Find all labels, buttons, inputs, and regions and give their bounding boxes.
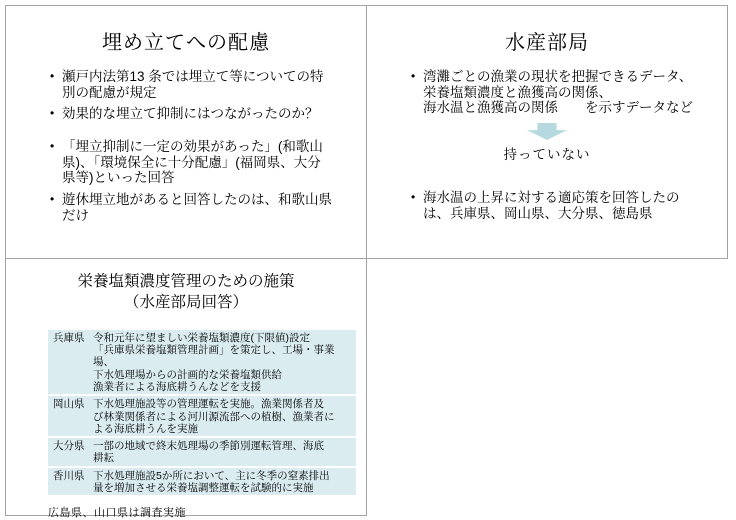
measure-row: 香川県 下水処理施設5か所において、主に冬季の窒素排出 量を増加させる栄養塩調整… — [48, 468, 356, 496]
bullet-icon: • — [50, 192, 62, 223]
bullet-text: 瀬戸内法第13 条では埋立て等についての特 別の配慮が規定 — [62, 69, 324, 100]
slide-nutrient-title: 栄養塩類濃度管理のための施策 （水産部局回答） — [12, 272, 360, 314]
slide-fisheries-title: 水産部局 — [373, 32, 721, 54]
bullet-text: 効果的な埋立て抑制にはつながったのか？ — [62, 106, 319, 122]
handout-page: 埋め立てへの配慮 • 瀬戸内法第13 条では埋立て等についての特 別の配慮が規定… — [0, 0, 736, 520]
bullet-text: 遊休埋立地があると回答したのは、和歌山県 だけ — [62, 192, 332, 223]
measure-row: 大分県 一部の地域で終末処理場の季節別運転管理、海底 耕耘 — [48, 438, 356, 466]
bullet-text: 「埋立抑制に一定の効果があった」(和歌山 県)、「環境保全に十分配慮」(福岡県、… — [62, 139, 323, 186]
bullet-icon: • — [50, 69, 62, 100]
slide-reclamation-title: 埋め立てへの配慮 — [12, 32, 360, 54]
slide-nutrient-measures: 栄養塩類濃度管理のための施策 （水産部局回答） 兵庫県 令和元年に望ましい栄養塩… — [5, 258, 367, 516]
survey-footer-note: 広島県、山口県は調査実施 — [48, 504, 366, 520]
down-arrow-icon — [527, 123, 567, 140]
bullet-item: • 湾灘ごとの漁業の現状を把握できるデータ、 栄養塩類濃度と漁獲高の関係、 海水… — [411, 69, 715, 116]
measure-text: 下水処理施設等の管理運転を実施。漁業関係者及 び林業関係者による河川源流部への植… — [93, 398, 356, 435]
measure-table: 兵庫県 令和元年に望ましい栄養塩類濃度(下限値)設定 「兵庫県栄養塩類管理計画」… — [48, 330, 356, 495]
measure-text: 下水処理施設5か所において、主に冬季の窒素排出 量を増加させる栄養塩調整運転を試… — [93, 470, 356, 495]
prefecture-label: 岡山県 — [48, 398, 93, 435]
prefecture-label: 香川県 — [48, 470, 93, 495]
slide-nutrient-title-line2: （水産部局回答） — [12, 293, 360, 314]
slide-fisheries: 水産部局 • 湾灘ごとの漁業の現状を把握できるデータ、 栄養塩類濃度と漁獲高の関… — [366, 5, 728, 259]
reclamation-bullet-list: • 瀬戸内法第13 条では埋立て等についての特 別の配慮が規定 • 効果的な埋立… — [50, 69, 354, 223]
fisheries-bullet-list-2: • 海水温の上昇に対する適応策を回答したの は、兵庫県、岡山県、大分県、徳島県 — [411, 190, 715, 221]
bullet-icon: • — [50, 139, 62, 186]
conclusion-label: 持っていない — [367, 143, 727, 163]
measure-text: 一部の地域で終末処理場の季節別運転管理、海底 耕耘 — [93, 440, 356, 465]
bullet-item: • 海水温の上昇に対する適応策を回答したの は、兵庫県、岡山県、大分県、徳島県 — [411, 190, 715, 221]
bullet-item: • 遊休埋立地があると回答したのは、和歌山県 だけ — [50, 192, 354, 223]
bullet-item: • 効果的な埋立て抑制にはつながったのか？ — [50, 106, 354, 122]
bullet-icon: • — [50, 106, 62, 122]
measure-row: 岡山県 下水処理施設等の管理運転を実施。漁業関係者及 び林業関係者による河川源流… — [48, 396, 356, 436]
measure-text: 令和元年に望ましい栄養塩類濃度(下限値)設定 「兵庫県栄養塩類管理計画」を策定し… — [93, 332, 356, 393]
prefecture-label: 兵庫県 — [48, 332, 93, 393]
fisheries-bullet-list: • 湾灘ごとの漁業の現状を把握できるデータ、 栄養塩類濃度と漁獲高の関係、 海水… — [411, 69, 715, 116]
bullet-text: 湾灘ごとの漁業の現状を把握できるデータ、 栄養塩類濃度と漁獲高の関係、 海水温と… — [423, 69, 693, 116]
prefecture-label: 大分県 — [48, 440, 93, 465]
measure-row: 兵庫県 令和元年に望ましい栄養塩類濃度(下限値)設定 「兵庫県栄養塩類管理計画」… — [48, 330, 356, 394]
bullet-item: • 瀬戸内法第13 条では埋立て等についての特 別の配慮が規定 — [50, 69, 354, 100]
bullet-icon: • — [411, 69, 423, 116]
slide-nutrient-title-line1: 栄養塩類濃度管理のための施策 — [12, 272, 360, 293]
bullet-icon: • — [411, 190, 423, 221]
bullet-text: 海水温の上昇に対する適応策を回答したの は、兵庫県、岡山県、大分県、徳島県 — [423, 190, 680, 221]
bullet-item: • 「埋立抑制に一定の効果があった」(和歌山 県)、「環境保全に十分配慮」(福岡… — [50, 139, 354, 186]
slide-reclamation: 埋め立てへの配慮 • 瀬戸内法第13 条では埋立て等についての特 別の配慮が規定… — [5, 5, 367, 259]
